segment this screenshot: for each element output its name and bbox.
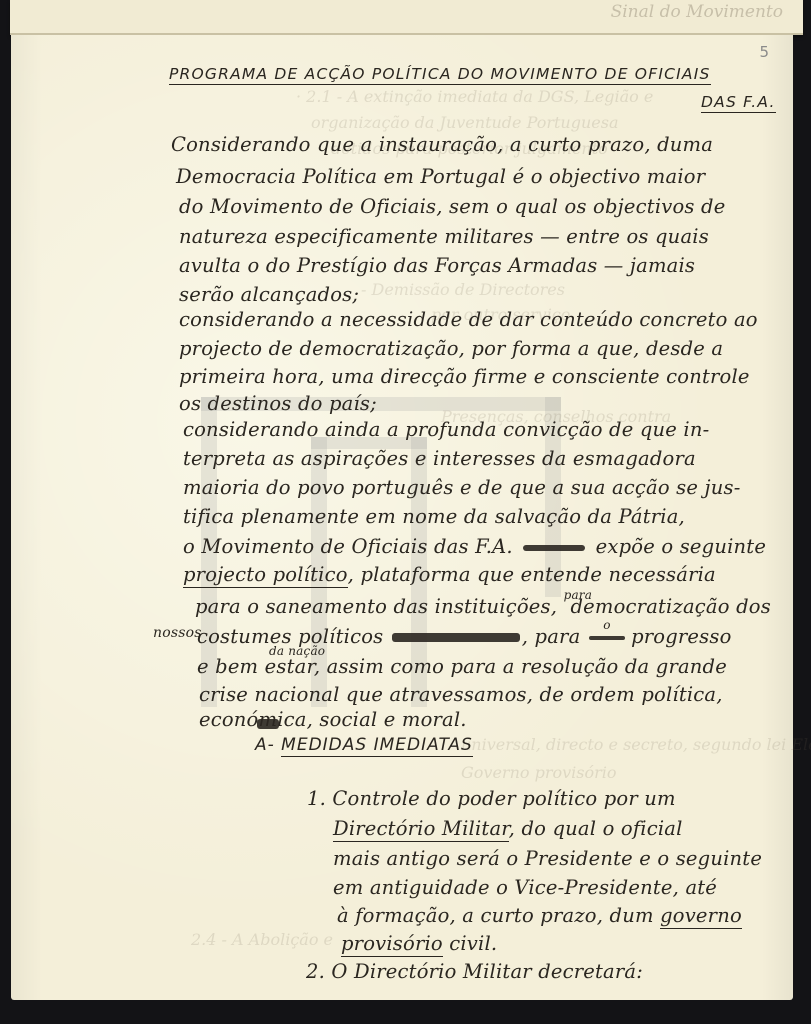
- document-title-line-2: DAS F.A.: [701, 93, 776, 111]
- paragraph-1-line-3: do Movimento de Oficiais, sem o qual os …: [179, 195, 725, 218]
- document-title-line-1: PROGRAMA DE ACÇÃO POLÍTICA DO MOVIMENTO …: [169, 65, 711, 83]
- section-a-title: MEDIDAS IMEDIATAS: [281, 735, 473, 757]
- section-a-heading: A- MEDIDAS IMEDIATAS: [255, 735, 473, 755]
- margin-note-nossos: nossos: [153, 625, 202, 641]
- paragraph-3-line-8: para o saneamento das instituições, para…: [195, 595, 771, 618]
- item-1-number: 1.: [307, 787, 326, 810]
- paragraph-3-line-12: económica, social e moral.: [199, 708, 467, 731]
- line-9-rest: , para: [522, 625, 581, 648]
- crossed-out-word: [523, 545, 585, 551]
- line-9-end: progresso: [631, 625, 731, 648]
- paragraph-3-line-4: tifica plenamente em nome da salvação da…: [183, 505, 685, 528]
- paragraph-1-line-4: natureza especificamente militares — ent…: [179, 225, 709, 248]
- item-1-line-3: mais antigo será o Presidente e o seguin…: [333, 847, 762, 870]
- page-number: 5: [759, 43, 769, 61]
- item-2-number: 2.: [306, 960, 325, 983]
- line-7-rest: , plataforma que entende necessária: [348, 563, 716, 586]
- movement-name: o Movimento de Oficiais das F.A.: [183, 535, 513, 558]
- folded-top-sheet: Sinal do Movimento: [10, 0, 803, 35]
- top-sheet-showthrough: Sinal do Movimento: [611, 2, 783, 22]
- line-8-rest: democratização dos: [571, 595, 771, 618]
- underlined-provisorio: provisório: [341, 932, 443, 957]
- item-1-text: Controle do poder político por um: [332, 787, 675, 810]
- item-1-line-5-text: à formação, a curto prazo, dum: [337, 904, 654, 927]
- paragraph-1-line-2: Democracia Política em Portugal é o obje…: [176, 165, 705, 188]
- paragraph-1-line-1: Considerando que a instauração, a curto …: [171, 133, 713, 156]
- section-a-label: A-: [255, 735, 275, 755]
- crossed-out-phrase: [392, 633, 520, 642]
- expoe-text: expõe o seguinte: [596, 535, 766, 558]
- paragraph-3-line-2: terpreta as aspirações e interesses da e…: [183, 447, 696, 470]
- underlined-projecto-politico: projecto político: [183, 563, 348, 588]
- item-1-line-6: provisório civil.: [341, 932, 497, 955]
- item-1-line-2-rest: , do qual o oficial: [509, 817, 683, 840]
- crossed-out-short-word: [589, 636, 625, 640]
- paragraph-3-line-11: crise nacional que atravessamos, de orde…: [199, 683, 723, 706]
- inserted-word-o: o: [603, 618, 610, 632]
- paragraph-2-line-3: primeira hora, uma direcção firme e cons…: [179, 365, 750, 388]
- item-1-line-5: à formação, a curto prazo, dum governo: [337, 904, 742, 927]
- ink-blot: [257, 719, 279, 729]
- title-text-2: DAS F.A.: [701, 93, 776, 113]
- paragraph-3-line-10: e bem estar, assim como para a resolução…: [197, 655, 727, 678]
- paragraph-3-line-5: o Movimento de Oficiais das F.A. expõe o…: [183, 535, 766, 558]
- paragraph-1-line-5: avulta o do Prestígio das Forças Armadas…: [179, 254, 695, 277]
- underlined-governo: governo: [660, 904, 742, 929]
- line-8-text: para o saneamento das instituições,: [195, 595, 557, 618]
- paragraph-2-line-4: os destinos do país;: [179, 392, 377, 415]
- paragraph-2-line-1: considerando a necessidade de dar conteú…: [179, 308, 758, 331]
- item-1-line-4: em antiguidade o Vice-Presidente, até: [333, 876, 717, 899]
- paragraph-3-line-1: considerando ainda a profunda convicção …: [183, 418, 709, 441]
- paragraph-1-line-6: serão alcançados;: [179, 283, 359, 306]
- item-2-line-1: 2. O Directório Militar decretará:: [306, 960, 643, 983]
- item-1-line-2: Directório Militar, do qual o oficial: [333, 817, 683, 840]
- paragraph-2-line-2: projecto de democratização, por forma a …: [179, 337, 723, 360]
- document-page: · 2.1 - A extinção imediata da DGS, Legi…: [11, 35, 793, 1000]
- item-1-line-1: 1. Controle do poder político por um: [307, 787, 676, 810]
- title-text: PROGRAMA DE ACÇÃO POLÍTICA DO MOVIMENTO …: [169, 65, 711, 85]
- inserted-word-para: para: [564, 588, 593, 602]
- underlined-directorio-militar: Directório Militar: [333, 817, 509, 842]
- paragraph-3-line-7: projecto político, plataforma que entend…: [183, 563, 716, 586]
- paragraph-3-line-3: maioria do povo português e de que a sua…: [183, 476, 741, 499]
- item-2-text: O Directório Militar decretará:: [331, 960, 643, 983]
- item-1-line-6-rest: civil.: [449, 932, 497, 955]
